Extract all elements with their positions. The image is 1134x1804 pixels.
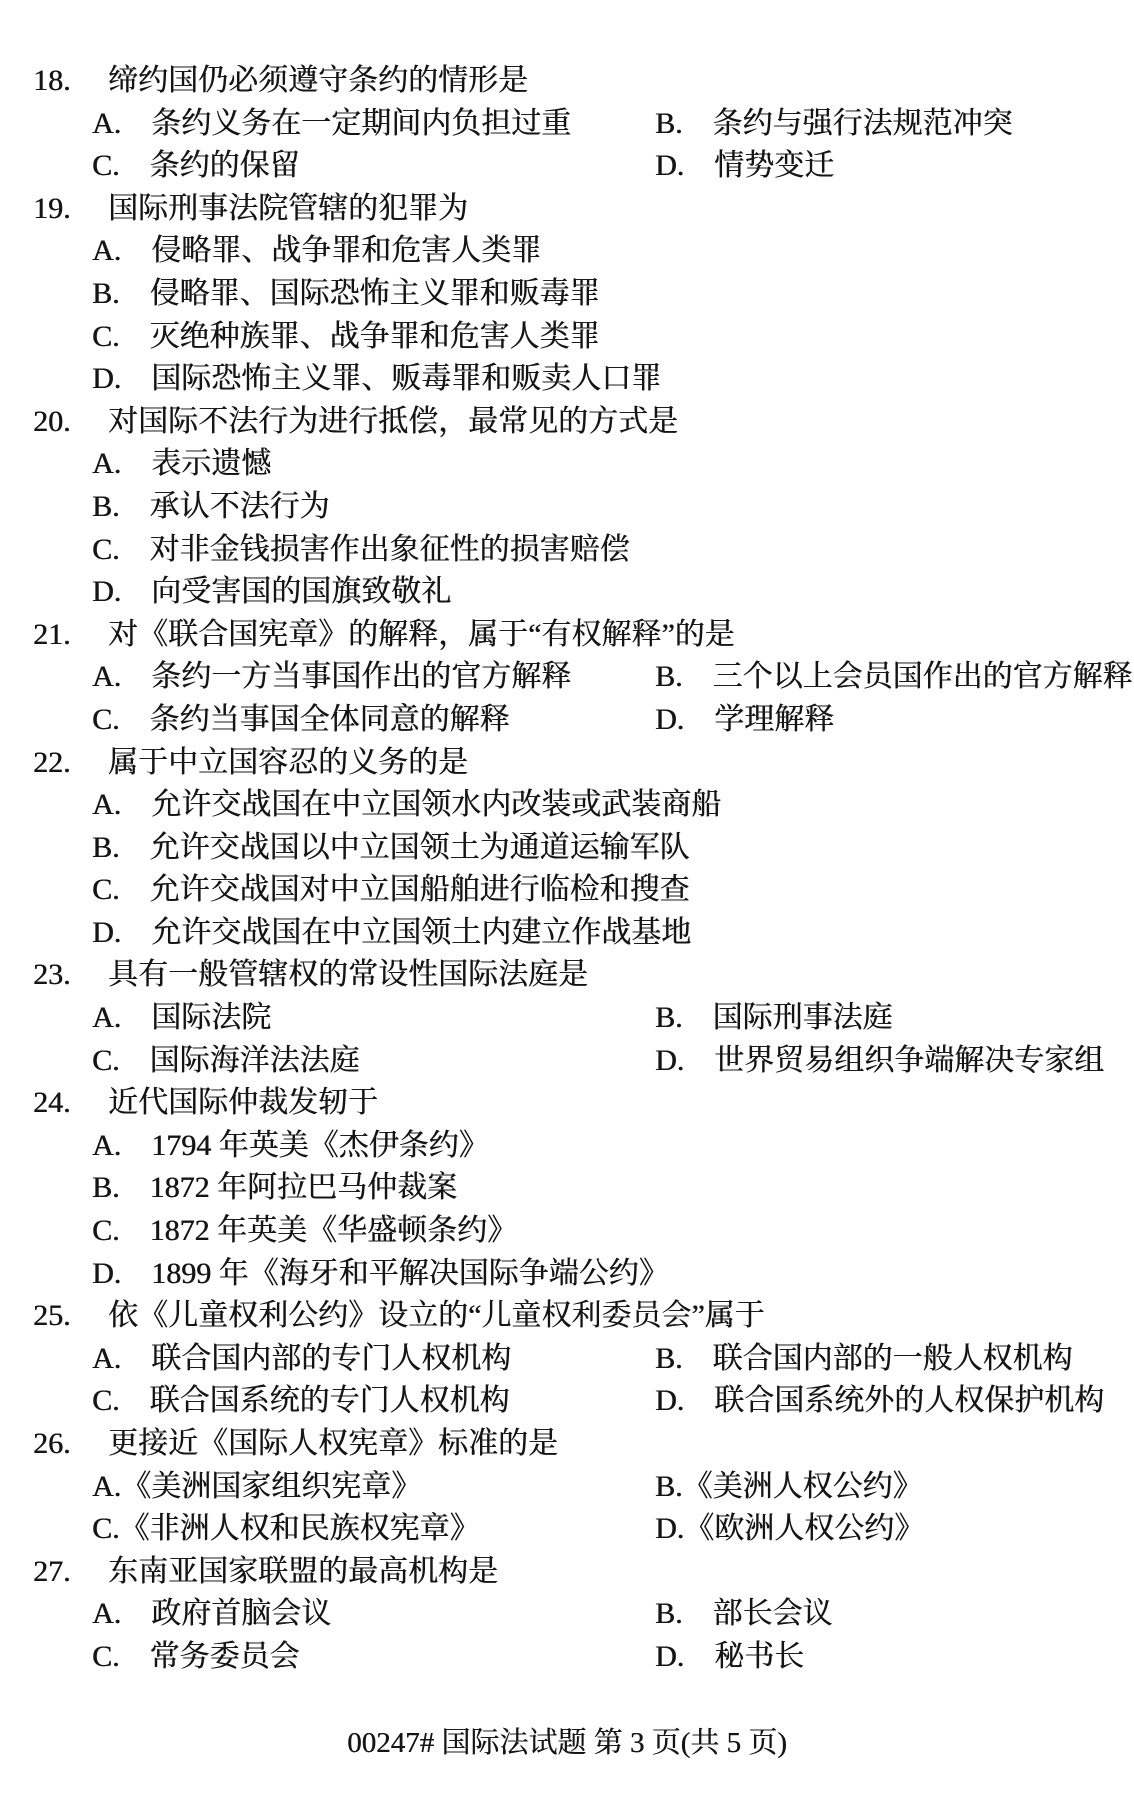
page-footer: 00247# 国际法试题 第 3 页(共 5 页) xyxy=(0,1722,1134,1764)
question-stem: 更接近《国际人权宪章》标准的是 xyxy=(108,1423,558,1466)
text-line: C. 条约当事国全体同意的解释D. 学理解释 xyxy=(0,699,1134,742)
option-d: D. 秘书长 xyxy=(655,1636,804,1679)
question-number: 27. xyxy=(33,1551,71,1594)
option-b: B. 承认不法行为 xyxy=(92,486,330,529)
option-c: C. 灭绝种族罪、战争罪和危害人类罪 xyxy=(92,316,600,359)
question-number: 23. xyxy=(33,954,71,997)
text-line: C. 国际海洋法法庭D. 世界贸易组织争端解决专家组 xyxy=(0,1040,1134,1083)
text-line: A. 表示遗憾 xyxy=(0,443,1134,486)
option-b: B. 三个以上会员国作出的官方解释 xyxy=(655,656,1133,699)
option-c: C. 联合国系统的专门人权机构 xyxy=(92,1380,510,1423)
text-line: D. 国际恐怖主义罪、贩毒罪和贩卖人口罪 xyxy=(0,358,1134,401)
text-line: 22.属于中立国容忍的义务的是 xyxy=(0,742,1134,785)
option-d: D. 学理解释 xyxy=(655,699,834,742)
exam-page: 18.缔约国仍必须遵守条约的情形是A. 条约义务在一定期间内负担过重B. 条约与… xyxy=(0,0,1134,1804)
text-line: A. 联合国内部的专门人权机构B. 联合国内部的一般人权机构 xyxy=(0,1338,1134,1381)
option-d: D. 世界贸易组织争端解决专家组 xyxy=(655,1040,1104,1083)
text-line: 19.国际刑事法院管辖的犯罪为 xyxy=(0,188,1134,231)
text-line: A. 政府首脑会议B. 部长会议 xyxy=(0,1593,1134,1636)
option-a: A. 条约义务在一定期间内负担过重 xyxy=(92,103,571,146)
text-line: 24.近代国际仲裁发轫于 xyxy=(0,1082,1134,1125)
text-line: A.《美洲国家组织宪章》B.《美洲人权公约》 xyxy=(0,1466,1134,1509)
text-line: C. 条约的保留D. 情势变迁 xyxy=(0,145,1134,188)
question: 25.依《儿童权利公约》设立的“儿童权利委员会”属于A. 联合国内部的专门人权机… xyxy=(0,1295,1134,1423)
text-line: B. 承认不法行为 xyxy=(0,486,1134,529)
question-number: 21. xyxy=(33,614,71,657)
option-d: D. 1899 年《海牙和平解决国际争端公约》 xyxy=(92,1253,669,1296)
option-b: B. 1872 年阿拉巴马仲裁案 xyxy=(92,1167,457,1210)
text-line: 23.具有一般管辖权的常设性国际法庭是 xyxy=(0,954,1134,997)
question: 19.国际刑事法院管辖的犯罪为A. 侵略罪、战争罪和危害人类罪B. 侵略罪、国际… xyxy=(0,188,1134,401)
question-stem: 近代国际仲裁发轫于 xyxy=(108,1082,378,1125)
text-line: B. 1872 年阿拉巴马仲裁案 xyxy=(0,1167,1134,1210)
option-a: A. 允许交战国在中立国领水内改装或武装商船 xyxy=(92,784,721,827)
option-a: A. 侵略罪、战争罪和危害人类罪 xyxy=(92,230,541,273)
option-c: C. 1872 年英美《华盛顿条约》 xyxy=(92,1210,517,1253)
option-a: A. 国际法院 xyxy=(92,997,271,1040)
question-number: 18. xyxy=(33,60,71,103)
text-line: C. 灭绝种族罪、战争罪和危害人类罪 xyxy=(0,316,1134,359)
text-line: 25.依《儿童权利公约》设立的“儿童权利委员会”属于 xyxy=(0,1295,1134,1338)
question: 23.具有一般管辖权的常设性国际法庭是A. 国际法院B. 国际刑事法庭C. 国际… xyxy=(0,954,1134,1082)
option-b: B. 侵略罪、国际恐怖主义罪和贩毒罪 xyxy=(92,273,600,316)
question: 27.东南亚国家联盟的最高机构是A. 政府首脑会议B. 部长会议C. 常务委员会… xyxy=(0,1551,1134,1679)
text-line: C. 1872 年英美《华盛顿条约》 xyxy=(0,1210,1134,1253)
question-stem: 对国际不法行为进行抵偿，最常见的方式是 xyxy=(108,401,678,444)
option-a: A. 表示遗憾 xyxy=(92,443,271,486)
option-a: A. 1794 年英美《杰伊条约》 xyxy=(92,1125,489,1168)
option-c: C.《非洲人权和民族权宪章》 xyxy=(92,1508,480,1551)
text-line: D. 允许交战国在中立国领土内建立作战基地 xyxy=(0,912,1134,955)
text-line: A. 侵略罪、战争罪和危害人类罪 xyxy=(0,230,1134,273)
option-c: C. 允许交战国对中立国船舶进行临检和搜查 xyxy=(92,869,690,912)
text-line: D. 向受害国的国旗致敬礼 xyxy=(0,571,1134,614)
text-line: 27.东南亚国家联盟的最高机构是 xyxy=(0,1551,1134,1594)
text-line: 26.更接近《国际人权宪章》标准的是 xyxy=(0,1423,1134,1466)
option-d: D. 向受害国的国旗致敬礼 xyxy=(92,571,451,614)
question-number: 22. xyxy=(33,742,71,785)
text-line: 18.缔约国仍必须遵守条约的情形是 xyxy=(0,60,1134,103)
text-line: A. 1794 年英美《杰伊条约》 xyxy=(0,1125,1134,1168)
question: 21.对《联合国宪章》的解释，属于“有权解释”的是A. 条约一方当事国作出的官方… xyxy=(0,614,1134,742)
option-a: A. 条约一方当事国作出的官方解释 xyxy=(92,656,571,699)
option-c: C. 条约的保留 xyxy=(92,145,300,188)
text-line: 21.对《联合国宪章》的解释，属于“有权解释”的是 xyxy=(0,614,1134,657)
option-b: B. 联合国内部的一般人权机构 xyxy=(655,1338,1073,1381)
option-d: D. 联合国系统外的人权保护机构 xyxy=(655,1380,1104,1423)
text-line: A. 国际法院B. 国际刑事法庭 xyxy=(0,997,1134,1040)
question-number: 19. xyxy=(33,188,71,231)
option-c: C. 常务委员会 xyxy=(92,1636,300,1679)
question-stem: 对《联合国宪章》的解释，属于“有权解释”的是 xyxy=(108,614,735,657)
question-number: 25. xyxy=(33,1295,71,1338)
option-b: B. 国际刑事法庭 xyxy=(655,997,893,1040)
option-b: B.《美洲人权公约》 xyxy=(655,1466,923,1509)
option-c: C. 国际海洋法法庭 xyxy=(92,1040,360,1083)
option-a: A.《美洲国家组织宪章》 xyxy=(92,1466,421,1509)
option-a: A. 政府首脑会议 xyxy=(92,1593,331,1636)
text-line: B. 允许交战国以中立国领土为通道运输军队 xyxy=(0,827,1134,870)
text-line: C. 允许交战国对中立国船舶进行临检和搜查 xyxy=(0,869,1134,912)
question: 22.属于中立国容忍的义务的是A. 允许交战国在中立国领水内改装或武装商船B. … xyxy=(0,742,1134,955)
option-b: B. 允许交战国以中立国领土为通道运输军队 xyxy=(92,827,690,870)
text-line: A. 允许交战国在中立国领水内改装或武装商船 xyxy=(0,784,1134,827)
option-b: B. 部长会议 xyxy=(655,1593,833,1636)
question-number: 24. xyxy=(33,1082,71,1125)
text-line: C. 联合国系统的专门人权机构D. 联合国系统外的人权保护机构 xyxy=(0,1380,1134,1423)
question-stem: 国际刑事法院管辖的犯罪为 xyxy=(108,188,468,231)
question-number: 20. xyxy=(33,401,71,444)
question: 24.近代国际仲裁发轫于A. 1794 年英美《杰伊条约》B. 1872 年阿拉… xyxy=(0,1082,1134,1295)
question-stem: 依《儿童权利公约》设立的“儿童权利委员会”属于 xyxy=(108,1295,765,1338)
question-stem: 缔约国仍必须遵守条约的情形是 xyxy=(108,60,528,103)
option-c: C. 对非金钱损害作出象征性的损害赔偿 xyxy=(92,529,630,572)
option-c: C. 条约当事国全体同意的解释 xyxy=(92,699,510,742)
text-line: C. 对非金钱损害作出象征性的损害赔偿 xyxy=(0,529,1134,572)
question: 18.缔约国仍必须遵守条约的情形是A. 条约义务在一定期间内负担过重B. 条约与… xyxy=(0,60,1134,188)
option-d: D.《欧洲人权公约》 xyxy=(655,1508,924,1551)
question-list: 18.缔约国仍必须遵守条约的情形是A. 条约义务在一定期间内负担过重B. 条约与… xyxy=(0,60,1134,1679)
question-number: 26. xyxy=(33,1423,71,1466)
text-line: A. 条约一方当事国作出的官方解释B. 三个以上会员国作出的官方解释 xyxy=(0,656,1134,699)
question: 20.对国际不法行为进行抵偿，最常见的方式是A. 表示遗憾B. 承认不法行为C.… xyxy=(0,401,1134,614)
question: 26.更接近《国际人权宪章》标准的是A.《美洲国家组织宪章》B.《美洲人权公约》… xyxy=(0,1423,1134,1551)
text-line: B. 侵略罪、国际恐怖主义罪和贩毒罪 xyxy=(0,273,1134,316)
text-line: 20.对国际不法行为进行抵偿，最常见的方式是 xyxy=(0,401,1134,444)
text-line: C. 常务委员会D. 秘书长 xyxy=(0,1636,1134,1679)
question-stem: 属于中立国容忍的义务的是 xyxy=(108,742,468,785)
question-stem: 具有一般管辖权的常设性国际法庭是 xyxy=(108,954,588,997)
option-d: D. 国际恐怖主义罪、贩毒罪和贩卖人口罪 xyxy=(92,358,661,401)
question-stem: 东南亚国家联盟的最高机构是 xyxy=(108,1551,498,1594)
option-b: B. 条约与强行法规范冲突 xyxy=(655,103,1013,146)
option-a: A. 联合国内部的专门人权机构 xyxy=(92,1338,511,1381)
option-d: D. 情势变迁 xyxy=(655,145,834,188)
text-line: C.《非洲人权和民族权宪章》D.《欧洲人权公约》 xyxy=(0,1508,1134,1551)
text-line: D. 1899 年《海牙和平解决国际争端公约》 xyxy=(0,1253,1134,1296)
option-d: D. 允许交战国在中立国领土内建立作战基地 xyxy=(92,912,691,955)
text-line: A. 条约义务在一定期间内负担过重B. 条约与强行法规范冲突 xyxy=(0,103,1134,146)
